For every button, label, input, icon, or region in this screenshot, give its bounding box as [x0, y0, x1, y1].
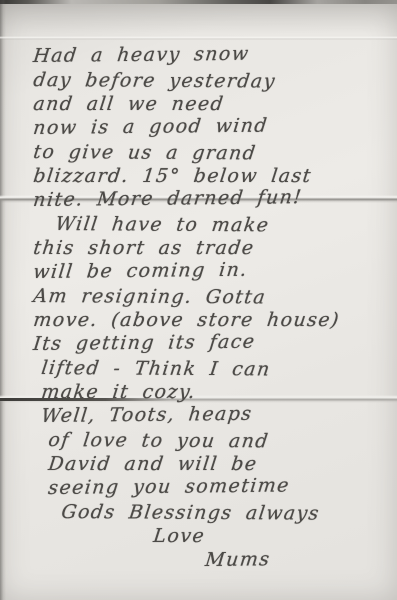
letter-line: nite. More darned fun!: [32, 184, 390, 212]
letter-line: Its getting its face: [32, 328, 390, 356]
letter-line: Gods Blessings always: [60, 500, 390, 526]
letter-line: Mums: [204, 546, 390, 572]
scanned-letter-page: Had a heavy snowday before yesterdayand …: [0, 0, 397, 600]
letter-line: Had a heavy snow: [32, 40, 390, 68]
letter-line: lifted - Think I can: [40, 356, 390, 382]
letter-line: now is a good wind: [32, 112, 390, 140]
letter-line: Love: [152, 524, 390, 548]
letter-line: seeing you sometime: [47, 472, 390, 500]
letter-line: Am resigning. Gotta: [32, 284, 390, 310]
letter-line: Well, Toots, heaps: [40, 400, 390, 428]
paper-top-edge-soft-shadow: [0, 4, 397, 34]
letter-text: Had a heavy snowday before yesterdayand …: [32, 44, 387, 572]
letter-line: will be coming in.: [32, 256, 390, 284]
paper-left-edge-shadow: [0, 0, 6, 600]
letter-line: day before yesterday: [32, 68, 390, 94]
letter-line: of love to you and: [47, 428, 390, 454]
letter-line: to give us a grand: [32, 140, 390, 166]
fold-crease-top-faint: [0, 36, 397, 40]
letter-line: Will have to make: [54, 212, 390, 238]
